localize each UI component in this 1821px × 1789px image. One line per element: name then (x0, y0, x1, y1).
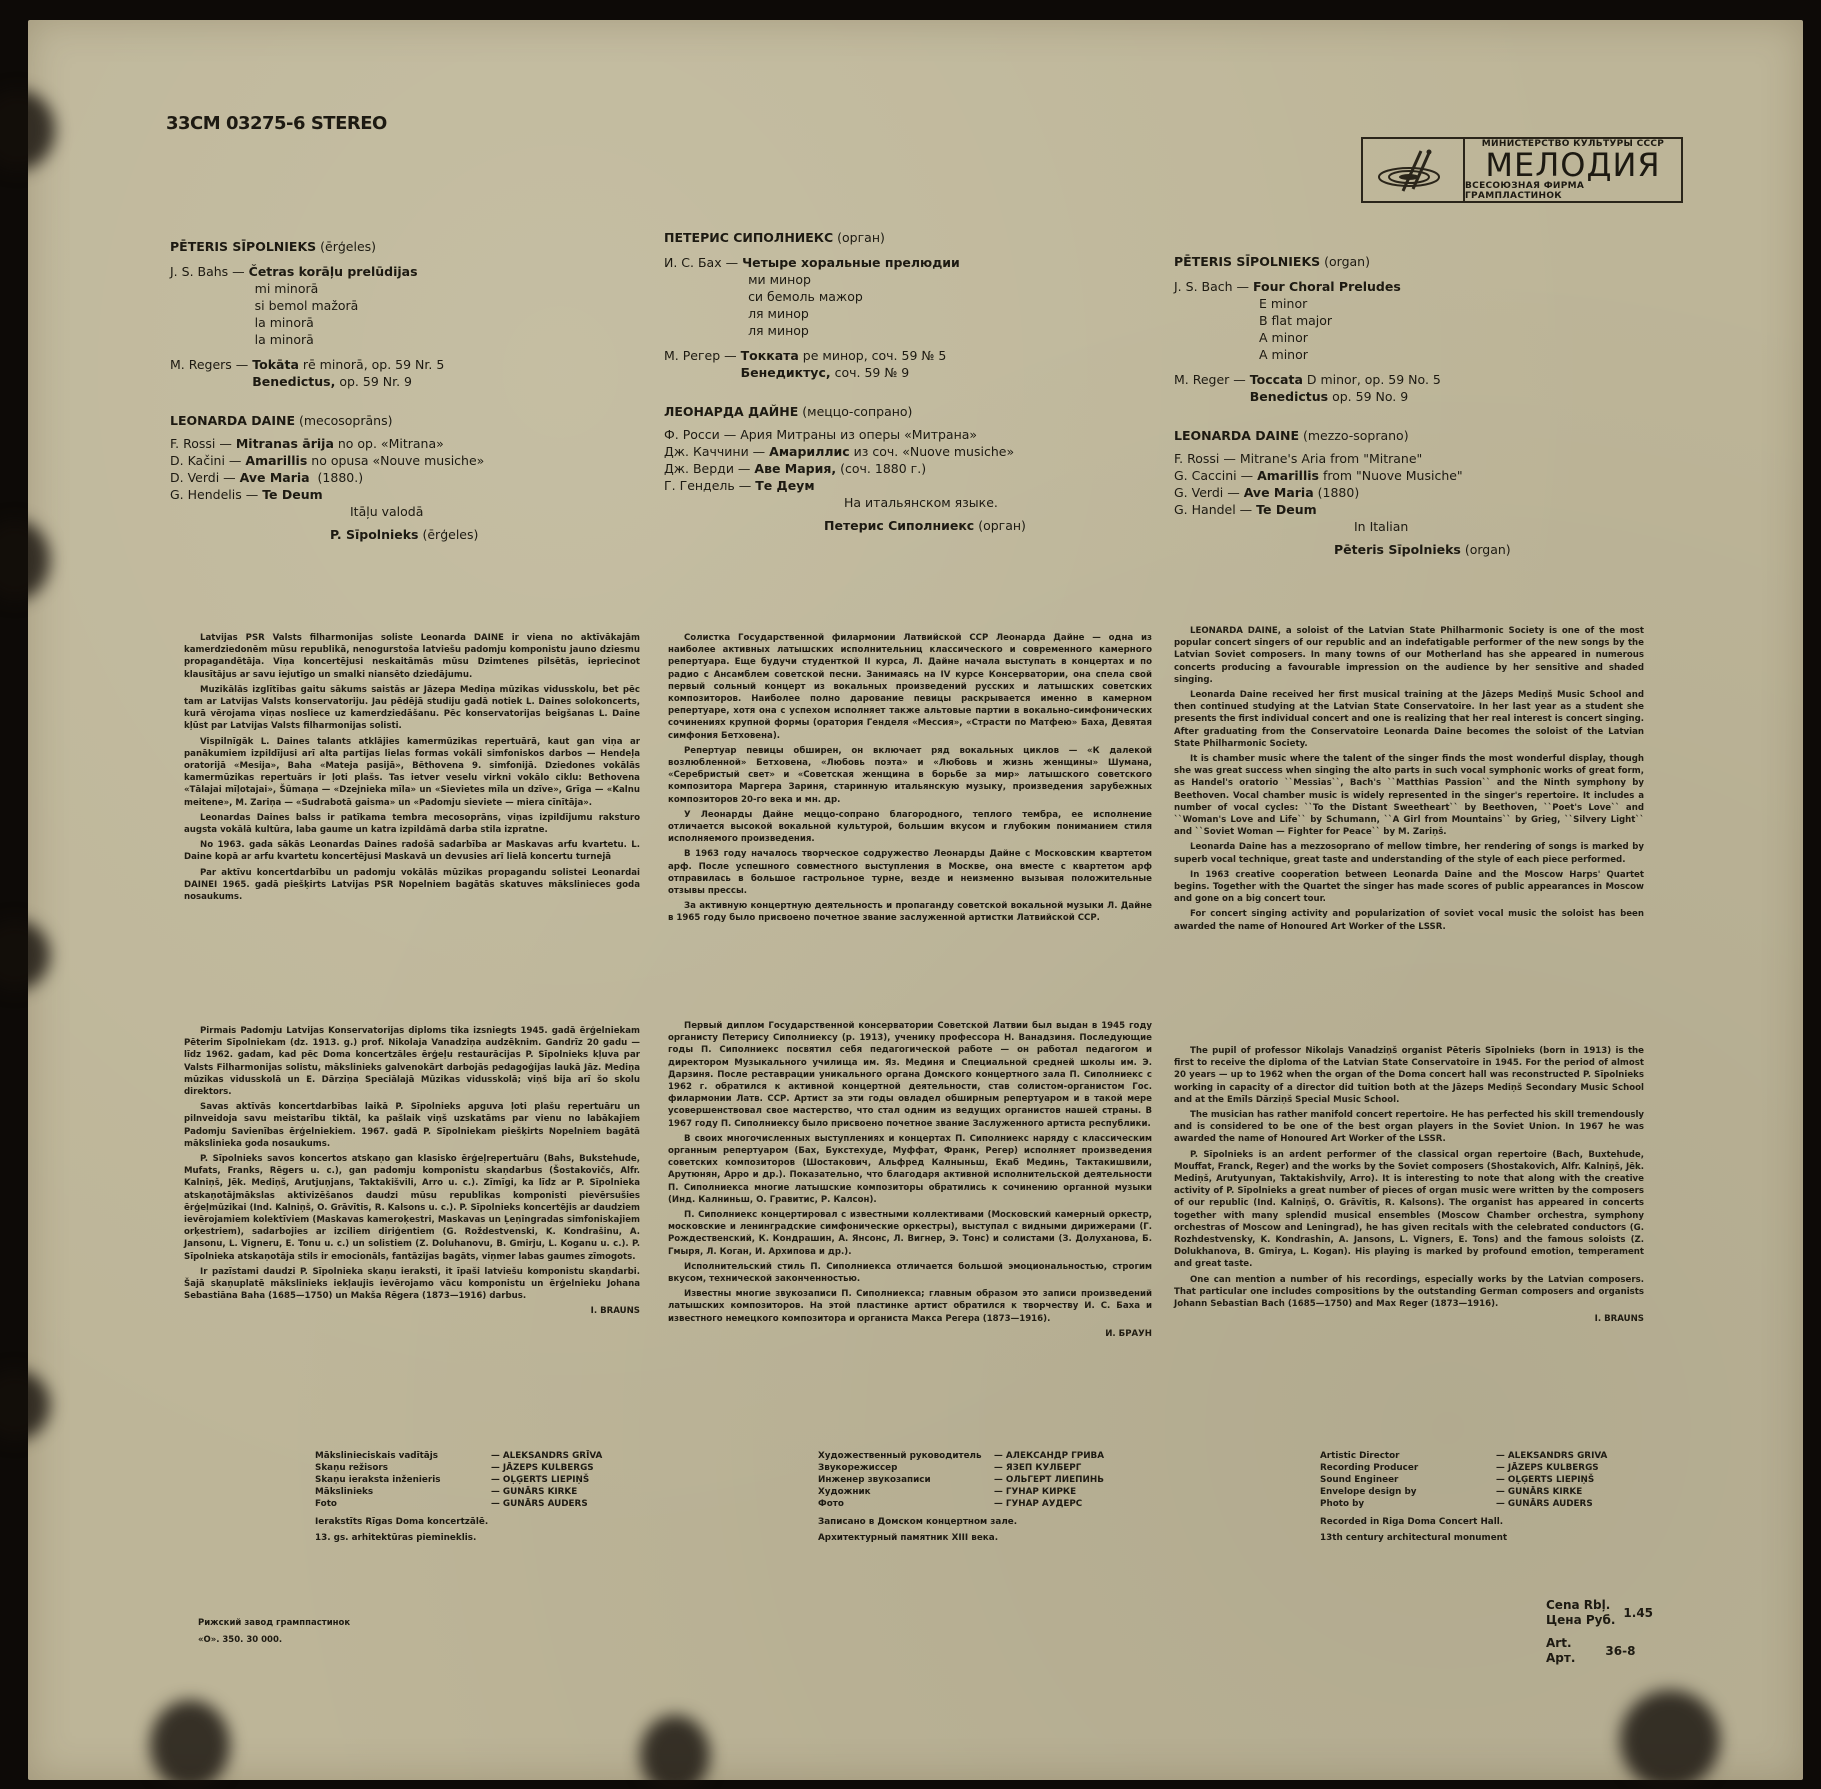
monument-note: 13th century architectural monument (1320, 1532, 1613, 1544)
accompanist: Петерис Сиполниекс (орган) (664, 517, 1134, 534)
note-paragraph: В своих многочисленных выступлениях и ко… (668, 1133, 1152, 1206)
note-paragraph: В 1963 году началось творческое содружес… (668, 848, 1152, 897)
organist-heading: PĒTERIS SĪPOLNIEKS (ērģeles) (170, 238, 610, 255)
song-detail: from "Nuove Musiche" (1319, 467, 1463, 484)
key-item: A minor (1174, 346, 1644, 363)
note-paragraph: The musician has rather manifold concert… (1174, 1109, 1644, 1146)
note-paragraph: It is chamber music where the talent of … (1174, 753, 1644, 838)
credit-row: Звукорежиссер— ЯЗЕП КУЛБЕРГ (818, 1462, 1110, 1474)
credit-name: — JĀZEPS KULBERGS (491, 1462, 608, 1474)
credit-role: Sound Engineer (1320, 1474, 1496, 1486)
key-item: ля минор (664, 305, 1134, 322)
work-title: Токката (741, 347, 799, 364)
key-item: mi minorā (170, 280, 610, 297)
credit-role: Artistic Director (1320, 1450, 1496, 1462)
credit-role: Mākslinieks (315, 1486, 491, 1498)
note-paragraph: П. Сиполниекс концертировал с известными… (668, 1209, 1152, 1258)
song-title: Te Deum (1256, 501, 1316, 518)
track-bach: J. S. Bahs — Četras korāļu prelūdijas (170, 263, 610, 280)
song-item: D. Verdi — Ave Maria (1880.) (170, 469, 610, 486)
factory-info: Рижский завод грамппастинок «О». 350. 30… (198, 1615, 350, 1649)
note-paragraph: Latvijas PSR Valsts filharmonijas solist… (184, 632, 640, 681)
composer: M. Regers — (170, 356, 252, 373)
bach-keys: mi minorāsi bemol mažorāla minorāla mino… (170, 280, 610, 348)
credit-row: Skaņu ieraksta inženieris— OĻĢERTS LIEPI… (315, 1474, 608, 1486)
accompanist: Pēteris Sīpolnieks (organ) (1174, 541, 1644, 558)
composer: G. Verdi — (1174, 484, 1244, 501)
composer: G. Caccini — (1174, 467, 1257, 484)
song-title: Аве Мария, (754, 460, 836, 477)
singer-name: ЛЕОНАРДА ДАЙНЕ (664, 404, 798, 419)
bach-keys: ми минорси бемоль мажорля минорля минор (664, 271, 1134, 339)
note-paragraph: In 1963 creative cooperation between Leo… (1174, 869, 1644, 906)
organist-role: (organ) (1324, 254, 1370, 269)
note-paragraph: Первый диплом Государственной консервато… (668, 1020, 1152, 1130)
note-paragraph: Muzikālās izglītības gaitu sākums saistā… (184, 684, 640, 733)
organist-role: (орган) (837, 230, 885, 245)
key-item: ля минор (664, 322, 1134, 339)
credit-name: — GUNĀRS KIRKE (1496, 1486, 1613, 1498)
notes-russian-sipolnieks: Первый диплом Государственной консервато… (668, 1020, 1152, 1340)
credit-name: — ГУНАР АУДЕРС (994, 1498, 1110, 1510)
credit-role: Recording Producer (1320, 1462, 1496, 1474)
track-reger-toccata: М. Регер — Токката ре минор, соч. 59 № 5 (664, 347, 1134, 364)
work-title: Četras korāļu prelūdijas (249, 263, 418, 280)
note-paragraph: One can mention a number of his recordin… (1174, 1274, 1644, 1311)
credit-row: Инженер звукозаписи— ОЛЬГЕРТ ЛИЕПИНЬ (818, 1474, 1110, 1486)
price-block: Cena Rbļ. Цена Руб. 1.45 Art. Арт. 36-8 (1546, 1598, 1653, 1666)
monument-note: Архитектурный памятник XIII века. (818, 1532, 1110, 1544)
work-detail: rē minorā, op. 59 Nr. 5 (299, 356, 444, 373)
credit-row: Sound Engineer— OĻĢERTS LIEPIŅŠ (1320, 1474, 1613, 1486)
finger-shadow (1620, 1690, 1720, 1789)
key-item: ми минор (664, 271, 1134, 288)
notes-english-sipolnieks: The pupil of professor Nikolajs Vanadziņ… (1174, 1045, 1644, 1325)
organist-role: (ērģeles) (320, 239, 376, 254)
language-note: Itāļu valodā (170, 503, 610, 520)
composer: И. С. Бах — (664, 254, 742, 271)
song-item: D. Kačini — Amarillis no opusa «Nouve mu… (170, 452, 610, 469)
key-item: E minor (1174, 295, 1644, 312)
price-label-lv: Cena Rbļ. (1546, 1598, 1615, 1613)
credit-row: Mākslinieciskais vadītājs— ALEKSANDRS GR… (315, 1450, 608, 1462)
song-item: Г. Гендель — Те Деум (664, 477, 1134, 494)
note-paragraph: Par aktīvu koncertdarbību un padomju vok… (184, 867, 640, 904)
credit-role: Звукорежиссер (818, 1462, 994, 1474)
credit-role: Skaņu režisors (315, 1462, 491, 1474)
track-reger-toccata: M. Regers — Tokāta rē minorā, op. 59 Nr.… (170, 356, 610, 373)
organist-name: PĒTERIS SĪPOLNIEKS (170, 239, 316, 254)
track-bach: И. С. Бах — Четыре хоральные прелюдии (664, 254, 1134, 271)
key-item: la minorā (170, 314, 610, 331)
credit-name: — GUNĀRS AUDERS (1496, 1498, 1613, 1510)
catalog-number: 33CM 03275-6 STEREO (166, 113, 387, 134)
recording-location: Recorded in Riga Doma Concert Hall. (1320, 1516, 1613, 1528)
song-title: Амариллис (769, 443, 850, 460)
credit-row: Artistic Director— ALEKSANDRS GRIVA (1320, 1450, 1613, 1462)
melodiya-logo: МИНИСТЕРСТВО КУЛЬТУРЫ СССР МЕЛОДИЯ ВСЕСО… (1361, 137, 1683, 203)
key-item: си бемоль мажор (664, 288, 1134, 305)
composer: Дж. Верди — (664, 460, 754, 477)
singer-name: LEONARDA DAINE (1174, 428, 1299, 443)
credit-row: Envelope design by— GUNĀRS KIRKE (1320, 1486, 1613, 1498)
credit-name: — GUNĀRS AUDERS (491, 1498, 608, 1510)
accompanist-name: Петерис Сиполниекс (824, 518, 974, 533)
credit-role: Skaņu ieraksta inženieris (315, 1474, 491, 1486)
credit-name: — АЛЕКСАНДР ГРИВА (994, 1450, 1110, 1462)
organist-name: ПЕТЕРИС СИПОЛНИЕКС (664, 230, 833, 245)
accompanist-role: (ērģeles) (422, 527, 478, 542)
track-reger-benedictus: Бенедиктус, соч. 59 № 9 (664, 364, 1134, 381)
song-detail: из соч. «Nuove musiche» (850, 443, 1014, 460)
note-paragraph: P. Sīpolnieks is an ardent performer of … (1174, 1149, 1644, 1271)
note-paragraph: For concert singing activity and popular… (1174, 908, 1644, 932)
credit-name: — ALEKSANDRS GRIVA (1496, 1450, 1613, 1462)
credit-name: — ЯЗЕП КУЛБЕРГ (994, 1462, 1110, 1474)
composer: M. Reger — (1174, 371, 1250, 388)
credit-role: Фото (818, 1498, 994, 1510)
composer: М. Регер — (664, 347, 741, 364)
language-note: In Italian (1174, 518, 1644, 535)
singer-heading: ЛЕОНАРДА ДАЙНЕ (меццо-сопрано) (664, 403, 1134, 420)
note-paragraph: За активную концертную деятельность и пр… (668, 900, 1152, 924)
credit-row: Художественный руководитель— АЛЕКСАНДР Г… (818, 1450, 1110, 1462)
organist-heading: PĒTERIS SĪPOLNIEKS (organ) (1174, 253, 1644, 270)
song-detail: (1880) (1314, 484, 1360, 501)
composer: D. Kačini — (170, 452, 245, 469)
credit-role: Foto (315, 1498, 491, 1510)
singer-role: (меццо-сопрано) (802, 404, 912, 419)
work-detail: op. 59 Nr. 9 (335, 374, 412, 389)
note-paragraph: No 1963. gada sākās Leonardas Daines rad… (184, 839, 640, 863)
composer: G. Handel — (1174, 501, 1256, 518)
author-signature: I. BRAUNS (1174, 1313, 1644, 1325)
composer: F. Rossi — (170, 435, 236, 452)
note-paragraph: LEONARDA DAINE, a soloist of the Latvian… (1174, 625, 1644, 686)
credit-name: — JĀZEPS KULBERGS (1496, 1462, 1613, 1474)
note-paragraph: Известны многие звукозаписи П. Сиполниек… (668, 1288, 1152, 1325)
singer-heading: LEONARDA DAINE (mezzo-soprano) (1174, 427, 1644, 444)
credit-row: Recording Producer— JĀZEPS KULBERGS (1320, 1462, 1613, 1474)
credit-name: — OĻĢERTS LIEPIŅŠ (1496, 1474, 1613, 1486)
credits-table: Mākslinieciskais vadītājs— ALEKSANDRS GR… (315, 1450, 608, 1510)
notes-english-daine: LEONARDA DAINE, a soloist of the Latvian… (1174, 625, 1644, 936)
price-label-ru: Цена Руб. (1546, 1613, 1615, 1628)
song-item: Дж. Верди — Аве Мария, (соч. 1880 г.) (664, 460, 1134, 477)
work-detail: D minor, op. 59 No. 5 (1303, 371, 1441, 388)
work-title: Toccata (1250, 371, 1303, 388)
song-detail: Mitrane's Aria from "Mitrane" (1240, 450, 1422, 467)
notes-russian-daine: Солистка Государственной филармонии Латв… (668, 632, 1152, 928)
composer: G. Hendelis — (170, 486, 262, 503)
credits-latvian: Mākslinieciskais vadītājs— ALEKSANDRS GR… (315, 1450, 608, 1544)
credit-row: Foto— GUNĀRS AUDERS (315, 1498, 608, 1510)
art-label-lv: Art. (1546, 1636, 1575, 1651)
credit-role: Художественный руководитель (818, 1450, 994, 1462)
art-value: 36-8 (1605, 1644, 1635, 1659)
price-value: 1.45 (1623, 1606, 1653, 1621)
composer: J. S. Bahs — (170, 263, 249, 280)
singer-heading: LEONARDA DAINE (mecosoprāns) (170, 412, 610, 429)
note-paragraph: Leonarda Daine received her first musica… (1174, 689, 1644, 750)
song-title: Amarillis (245, 452, 307, 469)
accompanist-name: Pēteris Sīpolnieks (1334, 542, 1461, 557)
credit-role: Mākslinieciskais vadītājs (315, 1450, 491, 1462)
credits-table: Artistic Director— ALEKSANDRS GRIVARecor… (1320, 1450, 1613, 1510)
singer-role: (mezzo-soprano) (1303, 428, 1409, 443)
note-paragraph: Leonardas Daines balss ir patīkama tembr… (184, 812, 640, 836)
key-item: si bemol mažorā (170, 297, 610, 314)
song-title: Ave Maria (1244, 484, 1314, 501)
singer-role: (mecosoprāns) (299, 413, 392, 428)
work-detail: ре минор, соч. 59 № 5 (799, 347, 947, 364)
credit-row: Skaņu režisors— JĀZEPS KULBERGS (315, 1462, 608, 1474)
record-sleeve-back: 33CM 03275-6 STEREO МИНИСТЕРСТВО КУЛЬТУР… (28, 20, 1803, 1780)
credit-role: Photo by (1320, 1498, 1496, 1510)
credits-russian: Художественный руководитель— АЛЕКСАНДР Г… (818, 1450, 1110, 1544)
author-signature: И. БРАУН (668, 1328, 1152, 1340)
song-item: G. Caccini — Amarillis from "Nuove Music… (1174, 467, 1644, 484)
credit-name: — ГУНАР КИРКЕ (994, 1486, 1110, 1498)
tracklist-latvian: PĒTERIS SĪPOLNIEKS (ērģeles)J. S. Bahs —… (170, 238, 610, 543)
credits-table: Художественный руководитель— АЛЕКСАНДР Г… (818, 1450, 1110, 1510)
author-signature: I. BRAUNS (184, 1305, 640, 1317)
credit-row: Mākslinieks— GUNĀRS KIRKE (315, 1486, 608, 1498)
composer: D. Verdi — (170, 469, 240, 486)
credit-role: Инженер звукозаписи (818, 1474, 994, 1486)
track-reger-benedictus: Benedictus, op. 59 Nr. 9 (170, 373, 610, 390)
logo-name: МЕЛОДИЯ (1485, 149, 1660, 181)
song-title: Amarillis (1257, 467, 1319, 484)
song-detail: (1880.) (310, 469, 364, 486)
note-paragraph: Vispilnīgāk L. Daines talants atklājies … (184, 736, 640, 809)
track-reger-benedictus: Benedictus op. 59 No. 9 (1174, 388, 1644, 405)
key-item: B flat major (1174, 312, 1644, 329)
credit-role: Художник (818, 1486, 994, 1498)
song-detail: Ария Митраны из оперы «Митрана» (740, 426, 977, 443)
accompanist: P. Sīpolnieks (ērģeles) (170, 526, 610, 543)
note-paragraph: У Леонарды Дайне меццо-сопрано благородн… (668, 809, 1152, 846)
work-detail: соч. 59 № 9 (831, 365, 910, 380)
bach-keys: E minorB flat majorA minorA minor (1174, 295, 1644, 363)
note-paragraph: Savas aktīvās koncertdarbības laikā P. S… (184, 1101, 640, 1150)
work-title: Tokāta (252, 356, 299, 373)
song-item: G. Handel — Te Deum (1174, 501, 1644, 518)
factory-name: Рижский завод грамппастинок (198, 1615, 350, 1632)
monument-note: 13. gs. arhitektūras piemineklis. (315, 1532, 608, 1544)
organist-name: PĒTERIS SĪPOLNIEKS (1174, 254, 1320, 269)
notes-latvian-daine: Latvijas PSR Valsts filharmonijas solist… (184, 632, 640, 906)
song-title: Te Deum (262, 486, 322, 503)
singer-name: LEONARDA DAINE (170, 413, 295, 428)
song-item: F. Rossi — Mitrane's Aria from "Mitrane" (1174, 450, 1644, 467)
credit-row: Фото— ГУНАР АУДЕРС (818, 1498, 1110, 1510)
notes-latvian-sipolnieks: Pirmais Padomju Latvijas Konservatorijas… (184, 1025, 640, 1318)
key-item: A minor (1174, 329, 1644, 346)
melodiya-logo-icon (1363, 139, 1465, 201)
song-title: Ave Maria (240, 469, 310, 486)
note-paragraph: The pupil of professor Nikolajs Vanadziņ… (1174, 1045, 1644, 1106)
recording-location: Ierakstīts Rīgas Doma koncertzālē. (315, 1516, 608, 1528)
credit-role: Envelope design by (1320, 1486, 1496, 1498)
credit-row: Photo by— GUNĀRS AUDERS (1320, 1498, 1613, 1510)
note-paragraph: Исполнительский стиль П. Сиполниекса отл… (668, 1261, 1152, 1285)
credit-name: — GUNĀRS KIRKE (491, 1486, 608, 1498)
song-detail: no op. «Mitrana» (334, 435, 444, 452)
composer: Дж. Каччини — (664, 443, 769, 460)
organist-heading: ПЕТЕРИС СИПОЛНИЕКС (орган) (664, 229, 1134, 246)
composer: Г. Гендель — (664, 477, 755, 494)
finger-shadow (150, 1700, 230, 1789)
track-bach: J. S. Bach — Four Choral Preludes (1174, 278, 1644, 295)
song-item: G. Hendelis — Te Deum (170, 486, 610, 503)
logo-firm: ВСЕСОЮЗНАЯ ФИРМА ГРАМПЛАСТИНОК (1465, 181, 1681, 201)
key-item: la minorā (170, 331, 610, 348)
song-item: Ф. Росси — Ария Митраны из оперы «Митран… (664, 426, 1134, 443)
work-title: Бенедиктус, (741, 365, 831, 380)
work-title: Четыре хоральные прелюдии (742, 254, 960, 271)
work-detail: op. 59 No. 9 (1328, 389, 1408, 404)
composer: F. Rossi — (1174, 450, 1240, 467)
work-title: Benedictus, (252, 374, 335, 389)
work-title: Benedictus (1250, 389, 1328, 404)
track-reger-toccata: M. Reger — Toccata D minor, op. 59 No. 5 (1174, 371, 1644, 388)
language-note: На итальянском языке. (664, 494, 1134, 511)
accompanist-role: (organ) (1465, 542, 1511, 557)
factory-order: «О». 350. 30 000. (198, 1632, 350, 1649)
song-item: G. Verdi — Ave Maria (1880) (1174, 484, 1644, 501)
song-title: Те Деум (755, 477, 814, 494)
note-paragraph: Leonarda Daine has a mezzosoprano of mel… (1174, 841, 1644, 865)
composer: Ф. Росси — (664, 426, 740, 443)
song-detail: no opusa «Nouve musiche» (307, 452, 484, 469)
art-label-ru: Арт. (1546, 1651, 1575, 1666)
composer: J. S. Bach — (1174, 278, 1253, 295)
finger-shadow (640, 1715, 710, 1789)
note-paragraph: Pirmais Padomju Latvijas Konservatorijas… (184, 1025, 640, 1098)
song-item: F. Rossi — Mitranas ārija no op. «Mitran… (170, 435, 610, 452)
tracklist-russian: ПЕТЕРИС СИПОЛНИЕКС (орган)И. С. Бах — Че… (664, 229, 1134, 534)
recording-location: Записано в Домском концертном зале. (818, 1516, 1110, 1528)
credit-name: — ALEKSANDRS GRĪVA (491, 1450, 608, 1462)
credit-row: Художник— ГУНАР КИРКЕ (818, 1486, 1110, 1498)
accompanist-role: (орган) (978, 518, 1026, 533)
credit-name: — ОЛЬГЕРТ ЛИЕПИНЬ (994, 1474, 1110, 1486)
tracklist-english: PĒTERIS SĪPOLNIEKS (organ)J. S. Bach — F… (1174, 253, 1644, 558)
song-item: Дж. Каччини — Амариллис из соч. «Nuove m… (664, 443, 1134, 460)
work-title: Four Choral Preludes (1253, 278, 1401, 295)
note-paragraph: Репертуар певицы обширен, он включает ря… (668, 745, 1152, 806)
note-paragraph: Ir pazīstami daudzi P. Sīpolnieka skaņu … (184, 1266, 640, 1303)
accompanist-name: P. Sīpolnieks (330, 527, 419, 542)
song-detail: (соч. 1880 г.) (836, 460, 926, 477)
song-title: Mitranas ārija (236, 435, 334, 452)
credits-english: Artistic Director— ALEKSANDRS GRIVARecor… (1320, 1450, 1613, 1544)
credit-name: — OĻĢERTS LIEPIŅŠ (491, 1474, 608, 1486)
note-paragraph: Солистка Государственной филармонии Латв… (668, 632, 1152, 742)
note-paragraph: P. Sīpolnieks savos koncertos atskaņo ga… (184, 1153, 640, 1263)
